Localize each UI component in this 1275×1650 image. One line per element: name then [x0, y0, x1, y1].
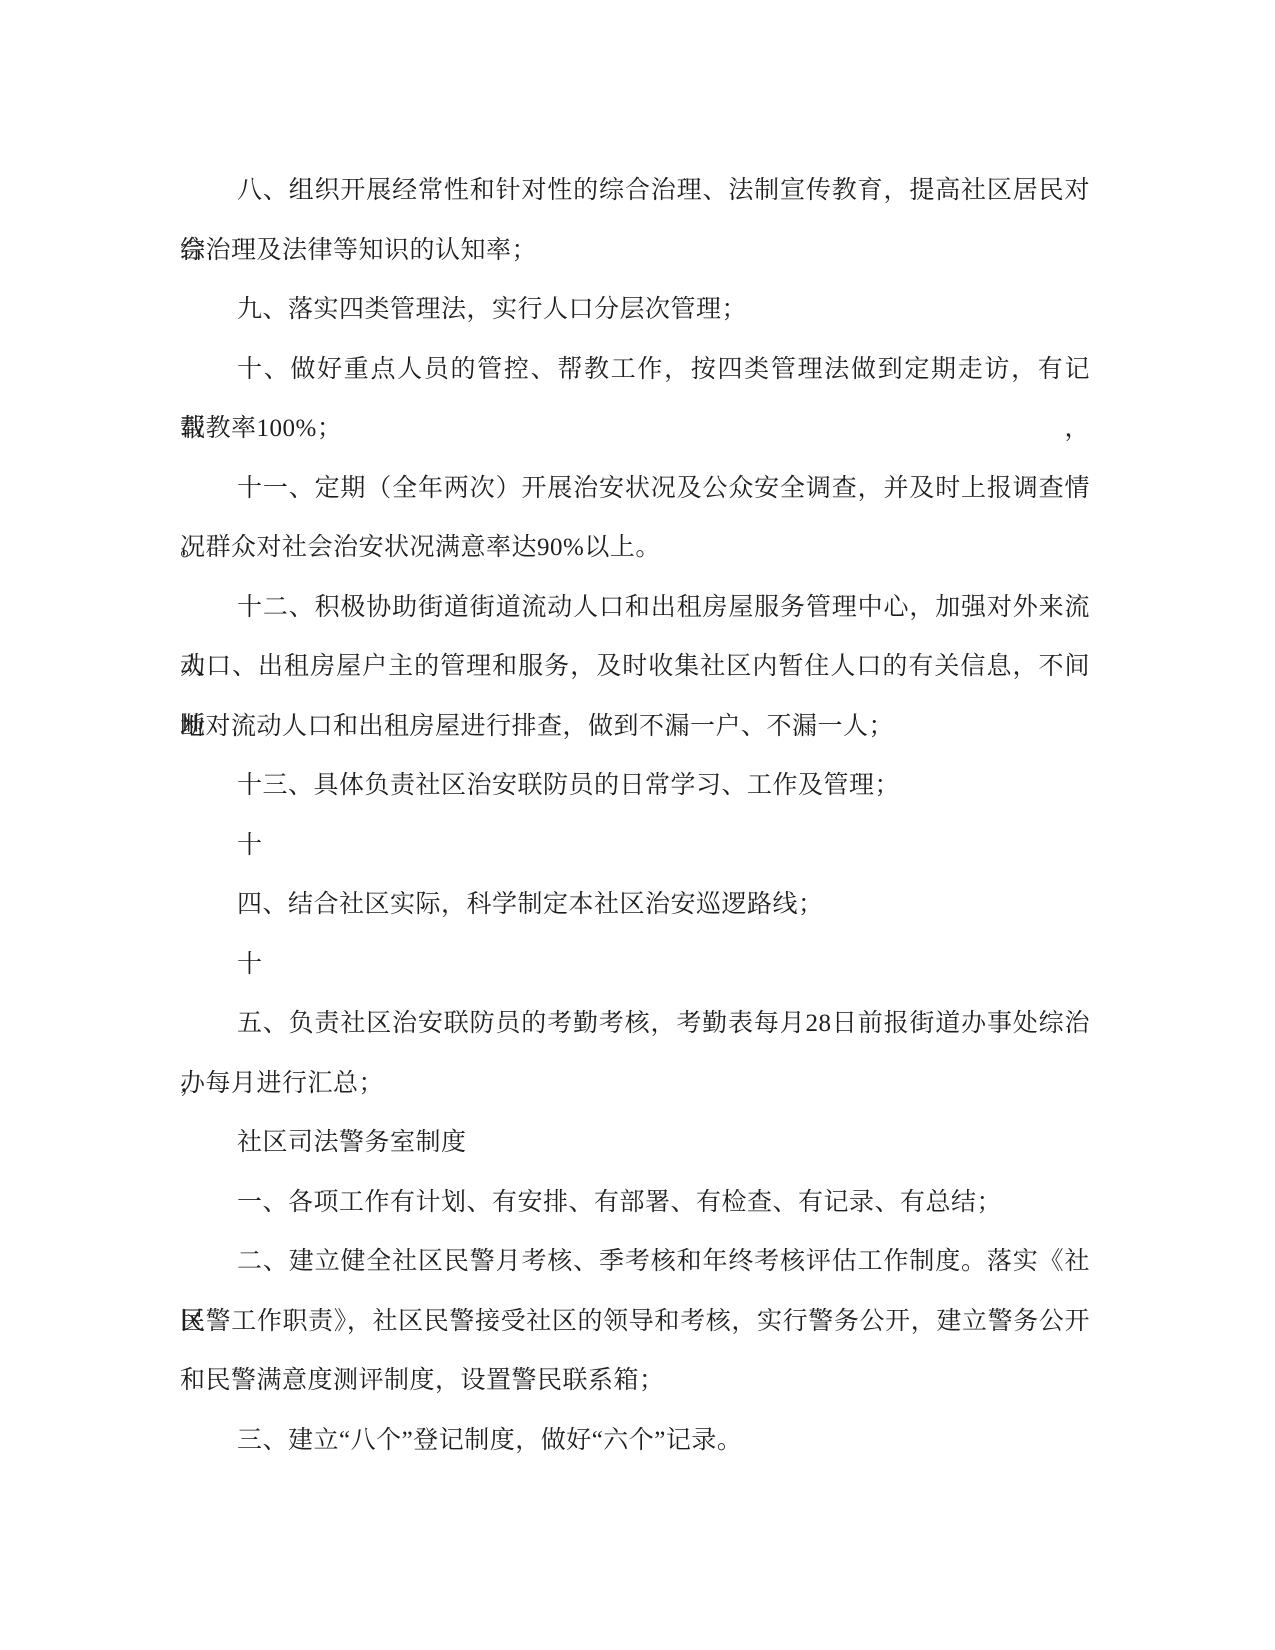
text-line: 十、做好重点人员的管控、帮教工作，按四类管理法做到定期走访，有记载，: [180, 340, 1090, 400]
text-line: 合治理及法律等知识的认知率；: [180, 221, 1090, 281]
text-line: 地对流动人口和出租房屋进行排查，做到不漏一户、不漏一人；: [180, 697, 1090, 757]
text-line: 十一、定期（全年两次）开展治安状况及公众安全调查，并及时上报调查情况: [180, 459, 1090, 519]
text-line: 一、各项工作有计划、有安排、有部署、有检查、有记录、有总结；: [180, 1173, 1090, 1233]
text-line: 三、建立“八个”登记制度，做好“六个”记录。: [180, 1411, 1090, 1471]
text-line: 人口、出租房屋户主的管理和服务，及时收集社区内暂住人口的有关信息，不间断: [180, 637, 1090, 697]
text-line: 。群众对社会治安状况满意率达90%以上。: [180, 518, 1090, 578]
text-line: 四、结合社区实际，科学制定本社区治安巡逻路线；: [180, 875, 1090, 935]
text-line: 五、负责社区治安联防员的考勤考核，考勤表每月28日前报街道办事处综治办: [180, 994, 1090, 1054]
text-line: 十三、具体负责社区治安联防员的日常学习、工作及管理；: [180, 756, 1090, 816]
text-line: 八、组织开展经常性和针对性的综合治理、法制宣传教育，提高社区居民对综: [180, 161, 1090, 221]
document-page: 八、组织开展经常性和针对性的综合治理、法制宣传教育，提高社区居民对综合治理及法律…: [0, 0, 1275, 1650]
text-line: 和民警满意度测评制度，设置警民联系箱；: [180, 1351, 1090, 1411]
text-line: 二、建立健全社区民警月考核、季考核和年终考核评估工作制度。落实《社区: [180, 1232, 1090, 1292]
text-line: 九、落实四类管理法，实行人口分层次管理；: [180, 280, 1090, 340]
text-line: ，每月进行汇总；: [180, 1054, 1090, 1114]
text-block: 八、组织开展经常性和针对性的综合治理、法制宣传教育，提高社区居民对综合治理及法律…: [180, 161, 1090, 1470]
text-line: 十二、积极协助街道街道流动人口和出租房屋服务管理中心，加强对外来流动: [180, 578, 1090, 638]
text-line: 社区司法警务室制度: [180, 1113, 1090, 1173]
text-line: 十: [180, 816, 1090, 876]
text-line: 民警工作职责》，社区民警接受社区的领导和考核，实行警务公开，建立警务公开: [180, 1292, 1090, 1352]
text-line: 十: [180, 935, 1090, 995]
